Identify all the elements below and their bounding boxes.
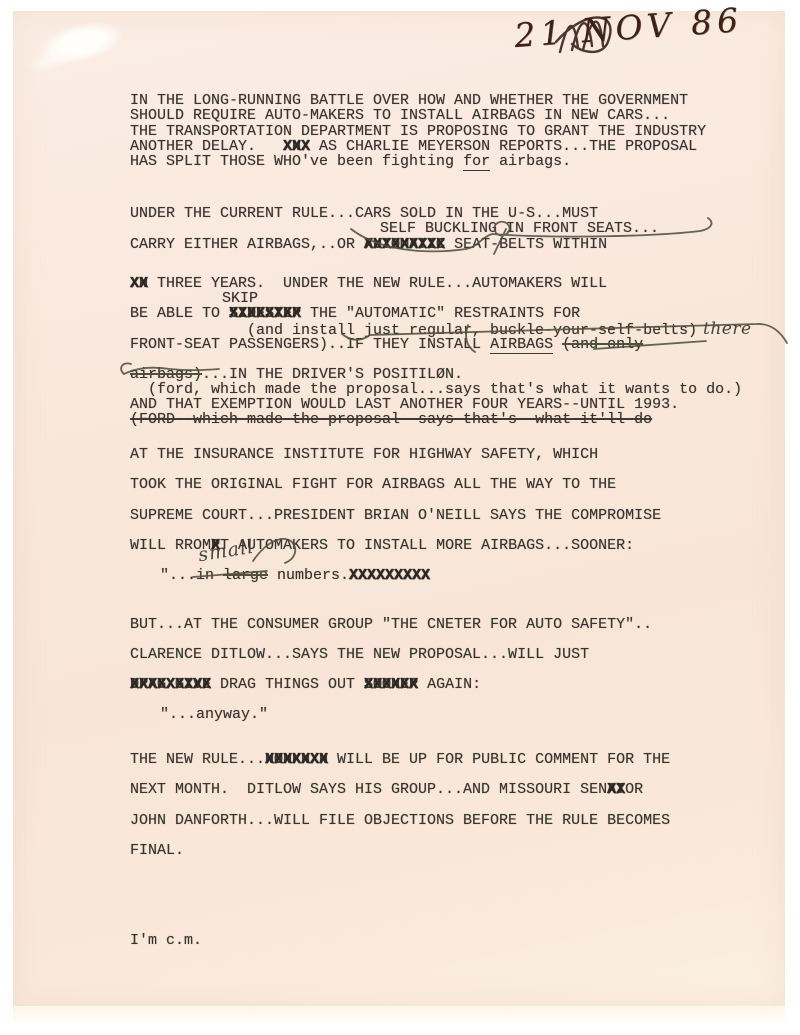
scanned-page: 21 NOV 86 small IN THE LONG-RUNNING BATT… — [0, 0, 800, 1035]
typed-line: (FORD--which-made-the-proposal--says-tha… — [130, 412, 652, 428]
typed-text: JOHN DANFORTH...WILL FILE OBJECTIONS BEF… — [130, 812, 670, 829]
typed-text: numbers. — [268, 567, 349, 584]
typed-line: BE ABLE TO SIDESTEPXXXXXXXX THE "AUTOMAT… — [130, 306, 580, 322]
typed-text: airbags. — [490, 153, 571, 170]
typed-line: THE NEW RULE...NONKNXNXXXXXXX WILL BE UP… — [130, 752, 670, 768]
overstruck-text: NONKNXNXXXXXXX — [265, 752, 328, 768]
typed-line: TOOK THE ORIGINAL FIGHT FOR AIRBAGS ALL … — [130, 477, 616, 493]
underlined-text: for — [463, 153, 490, 171]
underlined-text: AIRBAGS — [490, 336, 553, 354]
typed-line: XNXX THREE YEARS. UNDER THE NEW RULE...A… — [130, 276, 607, 292]
typed-text: T AUTOMAKERS TO INSTALL MORE AIRBAGS...S… — [220, 537, 634, 554]
typed-text: THREE YEARS. UNDER THE NEW RULE...AUTOMA… — [148, 275, 607, 292]
overstruck-text: SOONERXXXXXX — [364, 677, 418, 693]
pen-struck-text: (and only — [562, 336, 643, 353]
typed-text: TOOK THE ORIGINAL FIGHT FOR AIRBAGS ALL … — [130, 476, 616, 493]
typed-line: "...anyway." — [160, 707, 268, 723]
typed-text: "...anyway." — [160, 706, 268, 723]
typed-text: AGAIN: — [418, 676, 481, 693]
typed-line: JOHN DANFORTH...WILL FILE OBJECTIONS BEF… — [130, 813, 670, 829]
typed-text: HAS SPLIT THOSE WHO've been fighting — [130, 153, 463, 170]
typed-text: FINAL. — [130, 842, 184, 859]
typed-text: WILL BE UP FOR PUBLIC COMMENT FOR THE — [328, 751, 670, 768]
typed-text: SUPREME COURT...PRESIDENT BRIAN O'NEILL … — [130, 507, 661, 524]
typed-text: BE ABLE TO — [130, 305, 229, 322]
typed-line: HAS SPLIT THOSE WHO've been fighting for… — [130, 154, 571, 170]
typed-line: "...in large numbers.XXXXXXXXXXXXXXXXXX — [160, 568, 430, 584]
typed-text: OR — [625, 781, 643, 798]
paper-bottom-edge — [13, 1006, 785, 1022]
typed-text: SHOULD REQUIRE AUTO-MAKERS TO INSTALL AI… — [130, 107, 670, 124]
typed-text: AT THE INSURANCE INSTITUTE FOR HIGHWAY S… — [130, 446, 598, 463]
typed-line: I'm c.m. — [130, 933, 202, 949]
typed-text: THE "AUTOMATIC" RESTRAINTS FOR — [301, 305, 580, 322]
overstruck-text: AUTOMATICXXXXXXXXX — [364, 237, 445, 253]
typed-line: SHOULD REQUIRE AUTO-MAKERS TO INSTALL AI… — [130, 108, 670, 124]
typed-line: FINAL. — [130, 843, 184, 859]
overstruck-text: SIDESTEPXXXXXXXX — [229, 306, 301, 322]
typed-line: SUPREME COURT...PRESIDENT BRIAN O'NEILL … — [130, 508, 661, 524]
typed-text: CARRY EITHER AIRBAGS,..OR — [130, 236, 364, 253]
typed-line: FRONT-SEAT PASSENGERS)..IF THEY INSTALL … — [130, 337, 643, 353]
overstruck-text: ATXX — [607, 782, 625, 798]
typed-text: I'm c.m. — [130, 932, 202, 949]
typed-line: DRAGXGIVEXXXXXXXXX DRAG THINGS OUT SOONE… — [130, 677, 481, 693]
typed-text: NEXT MONTH. DITLOW SAYS HIS GROUP...AND … — [130, 781, 607, 798]
typed-text: CLARENCE DITLOW...SAYS THE NEW PROPOSAL.… — [130, 646, 589, 663]
pen-struck-text: large — [223, 567, 268, 584]
typed-text: BUT...AT THE CONSUMER GROUP "THE CNETER … — [130, 616, 652, 633]
typed-text: FRONT-SEAT PASSENGERS)..IF THEY INSTALL — [130, 336, 490, 353]
typed-text: DRAG THINGS OUT — [211, 676, 364, 693]
struck-out-text: (FORD--which-made-the-proposal--says-tha… — [130, 411, 652, 428]
typed-text: SELF BUCKLING IN FRONT SEATS... — [380, 220, 659, 237]
typed-line: CLARENCE DITLOW...SAYS THE NEW PROPOSAL.… — [130, 647, 589, 663]
handwritten-text: there — [697, 319, 751, 339]
typed-text: THE NEW RULE... — [130, 751, 265, 768]
typed-line: CARRY EITHER AIRBAGS,..OR AUTOMATICXXXXX… — [130, 237, 607, 253]
overstruck-text: PX — [211, 538, 220, 554]
typed-line: AT THE INSURANCE INSTITUTE FOR HIGHWAY S… — [130, 447, 598, 463]
typed-line: WILL RROMPXT AUTOMAKERS TO INSTALL MORE … — [130, 538, 634, 554]
overstruck-text: XNXX — [130, 276, 148, 292]
typed-text: SEAT-BELTS WITHIN — [445, 236, 607, 253]
typed-line: SELF BUCKLING IN FRONT SEATS... — [380, 221, 659, 237]
overstruck-text: XXXXXXXXXXXXXXXXXX — [349, 568, 430, 584]
typed-line: BUT...AT THE CONSUMER GROUP "THE CNETER … — [130, 617, 652, 633]
typed-line: NEXT MONTH. DITLOW SAYS HIS GROUP...AND … — [130, 782, 643, 798]
typed-text — [553, 336, 562, 353]
typed-text: WILL RROM — [130, 537, 211, 554]
typed-text: "...in — [160, 567, 223, 584]
overstruck-text: DRAGXGIVEXXXXXXXXX — [130, 677, 211, 693]
